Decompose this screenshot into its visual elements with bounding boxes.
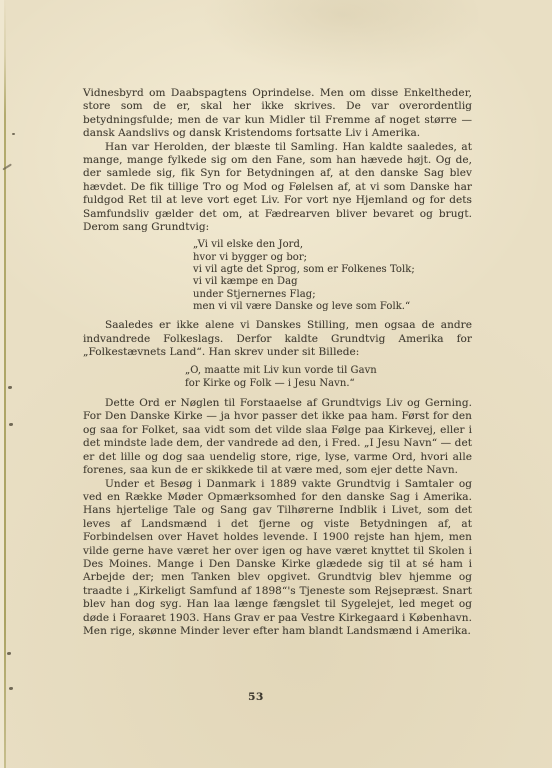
verse-line: vi vil kæmpe en Dag [193, 276, 472, 288]
verse-line: vi vil agte det Sprog, som er Folkenes T… [193, 264, 472, 276]
paragraph: Under et Besøg i Danmark i 1889 vakte Gr… [83, 478, 472, 639]
paragraph: Han var Herolden, der blæste til Samling… [83, 141, 472, 235]
verse-quote: „O, maatte mit Liv kun vorde til Gavnfor… [185, 365, 472, 390]
verse-line: men vi vil være Danske og leve som Folk.… [193, 301, 472, 313]
book-page-scan: Vidnesbyrd om Daabspagtens Oprindelse. M… [0, 0, 552, 768]
page-number: 53 [236, 691, 276, 703]
verse-line: „O, maatte mit Liv kun vorde til Gavn [185, 365, 472, 377]
paper-speck [9, 423, 13, 426]
verse-line: for Kirke og Folk — i Jesu Navn.“ [185, 378, 472, 390]
paragraph: Dette Ord er Nøglen til Forstaaelse af G… [83, 397, 472, 477]
verse-quote: „Vi vil elske den Jord,hvor vi bygger og… [193, 239, 472, 313]
binding-crease-line [4, 0, 6, 768]
paper-speck [8, 386, 12, 389]
verse-line: „Vi vil elske den Jord, [193, 239, 472, 251]
paragraph: Saaledes er ikke alene vi Danskes Stilli… [83, 319, 472, 359]
paper-speck [9, 687, 13, 690]
paper-speck [7, 652, 11, 655]
verse-line: hvor vi bygger og bor; [193, 252, 472, 264]
page-text: Vidnesbyrd om Daabspagtens Oprindelse. M… [83, 87, 472, 638]
verse-line: under Stjernernes Flag; [193, 289, 472, 301]
paragraph: Vidnesbyrd om Daabspagtens Oprindelse. M… [83, 87, 472, 141]
paper-speck [12, 133, 15, 135]
